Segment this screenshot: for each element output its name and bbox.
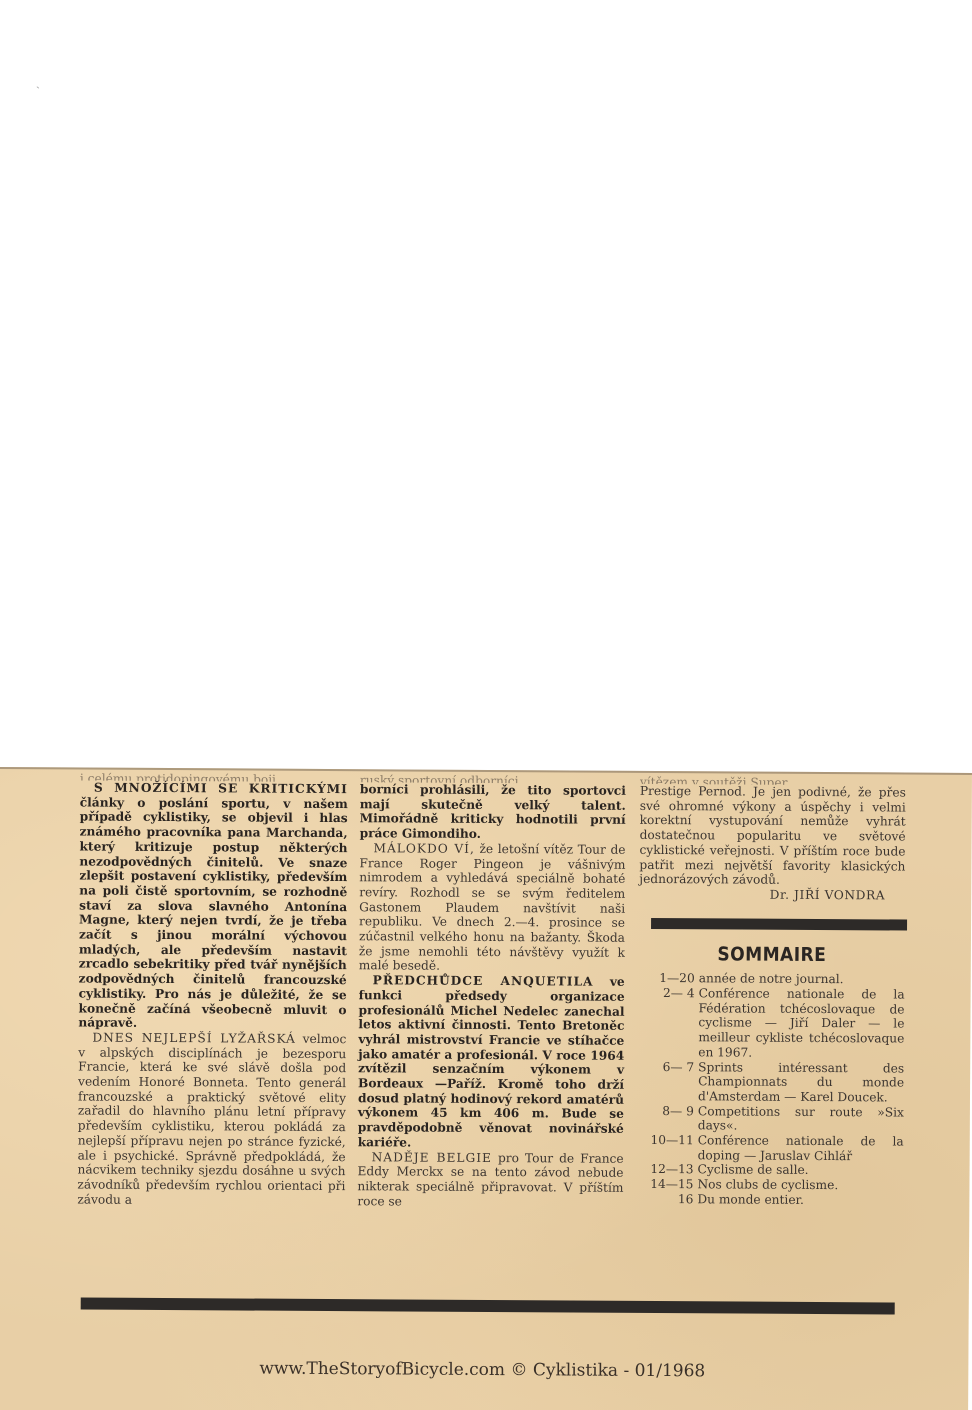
paragraph-lead: NADĚJE BELGIE [372, 1150, 492, 1165]
scan-speck: ˎ [36, 76, 40, 88]
section-divider [651, 918, 907, 931]
paragraph-body: že letošní vítěz Tour de France Roger Pi… [359, 842, 626, 973]
sommaire-list: 1—20année de notre journal. 2— 4Conféren… [637, 971, 904, 1208]
item-title: Conférence nationale de la Fédération tc… [698, 986, 904, 1061]
page-range: 6— 7 [638, 1059, 698, 1103]
sommaire-heading: SOMMAIRE [652, 947, 891, 963]
paragraph-nedelec: PŘEDCHŮDCE ANQUETILA ve funkci předsedy … [358, 973, 625, 1151]
paragraph-merckx: NADĚJE BELGIE pro Tour de France Eddy Me… [357, 1150, 623, 1210]
page-range: 8— 9 [638, 1104, 698, 1134]
paragraph-lead: MÁLOKDO VÍ, [373, 841, 474, 856]
paragraph-pernod: Prestige Pernod. Je jen podivné, že přes… [639, 784, 906, 889]
newspaper-clipping: i celému protidopingovému boji. S MNOŽÍC… [0, 767, 972, 1410]
item-title: Conférence nationale de la doping — Jaru… [698, 1133, 904, 1164]
article-column-3: vítězem v soutěži Super Prestige Pernod.… [637, 775, 906, 1208]
paragraph-criticism: S MNOŽÍCÍMI SE KRITICKÝMI články o poslá… [78, 780, 348, 1032]
paragraph-body: články o poslání sportu, v našem případě… [78, 795, 347, 1030]
continued-line: ruský sportovní odborníci [360, 773, 626, 784]
item-title: Competitions sur route »Six days«. [698, 1104, 904, 1135]
sommaire-item: 10—11Conférence nationale de la doping —… [638, 1133, 904, 1164]
sommaire-item: 14—15Nos clubs de cyclisme. [637, 1177, 903, 1193]
page-range: 10—11 [638, 1133, 698, 1163]
item-title: année de notre journal. [699, 972, 905, 988]
sommaire-item: 12—13Cyclisme de salle. [638, 1162, 904, 1178]
item-title: Du monde entier. [697, 1192, 903, 1208]
page-range: 12—13 [638, 1162, 698, 1177]
page-range: 14—15 [637, 1177, 697, 1192]
author-name: Dr. JIŘÍ VONDRA [770, 888, 886, 903]
paragraph-gimondi: borníci prohlásili, že tito sportovci ma… [360, 782, 626, 842]
paragraph-skiing: DNES NEJLEPŠÍ LYŽAŘSKÁ velmoc v alpských… [77, 1030, 346, 1208]
sommaire-item: 6— 7Sprints intéressant des Championnats… [638, 1059, 904, 1105]
paragraph-body: ve funkci předsedy organizace profesioná… [358, 975, 625, 1150]
paragraph-lead: PŘEDCHŮDCE ANQUETILA [373, 973, 594, 988]
continued-line: i celému protidopingovému boji. [80, 771, 348, 782]
page-range: 2— 4 [638, 986, 698, 1060]
paragraph-pingeon: MÁLOKDO VÍ, že letošní vítěz Tour de Fra… [359, 841, 626, 975]
sommaire-item: 16Du monde entier. [637, 1192, 903, 1208]
continued-line: vítězem v soutěži Super [640, 775, 906, 786]
bottom-divider [81, 1298, 895, 1315]
paragraph-lead: DNES NEJLEPŠÍ LYŽAŘSKÁ [92, 1031, 296, 1046]
page-range: 1—20 [639, 971, 699, 986]
paragraph-body: velmoc v alpských disciplínách je bezesp… [77, 1032, 346, 1207]
sommaire-item: 2— 4Conférence nationale de la Fédératio… [638, 986, 904, 1061]
article-column-1: i celému protidopingovému boji. S MNOŽÍC… [77, 771, 348, 1208]
sommaire-item: 1—20année de notre journal. [639, 971, 905, 987]
article-column-2: ruský sportovní odborníci borníci prohlá… [357, 773, 626, 1210]
item-title: Cyclisme de salle. [698, 1163, 904, 1179]
sommaire-item: 8— 9Competitions sur route »Six days«. [638, 1104, 904, 1135]
item-title: Nos clubs de cyclisme. [697, 1177, 903, 1193]
item-title: Sprints intéressant des Championnats du … [698, 1060, 904, 1105]
author-signature: Dr. JIŘÍ VONDRA [639, 887, 905, 903]
paragraph-lead: S MNOŽÍCÍMI SE KRITICKÝMI [94, 781, 348, 797]
page-range: 16 [637, 1192, 697, 1207]
source-credit: www.TheStoryofBicycle.com © Cyklistika -… [0, 1357, 968, 1383]
